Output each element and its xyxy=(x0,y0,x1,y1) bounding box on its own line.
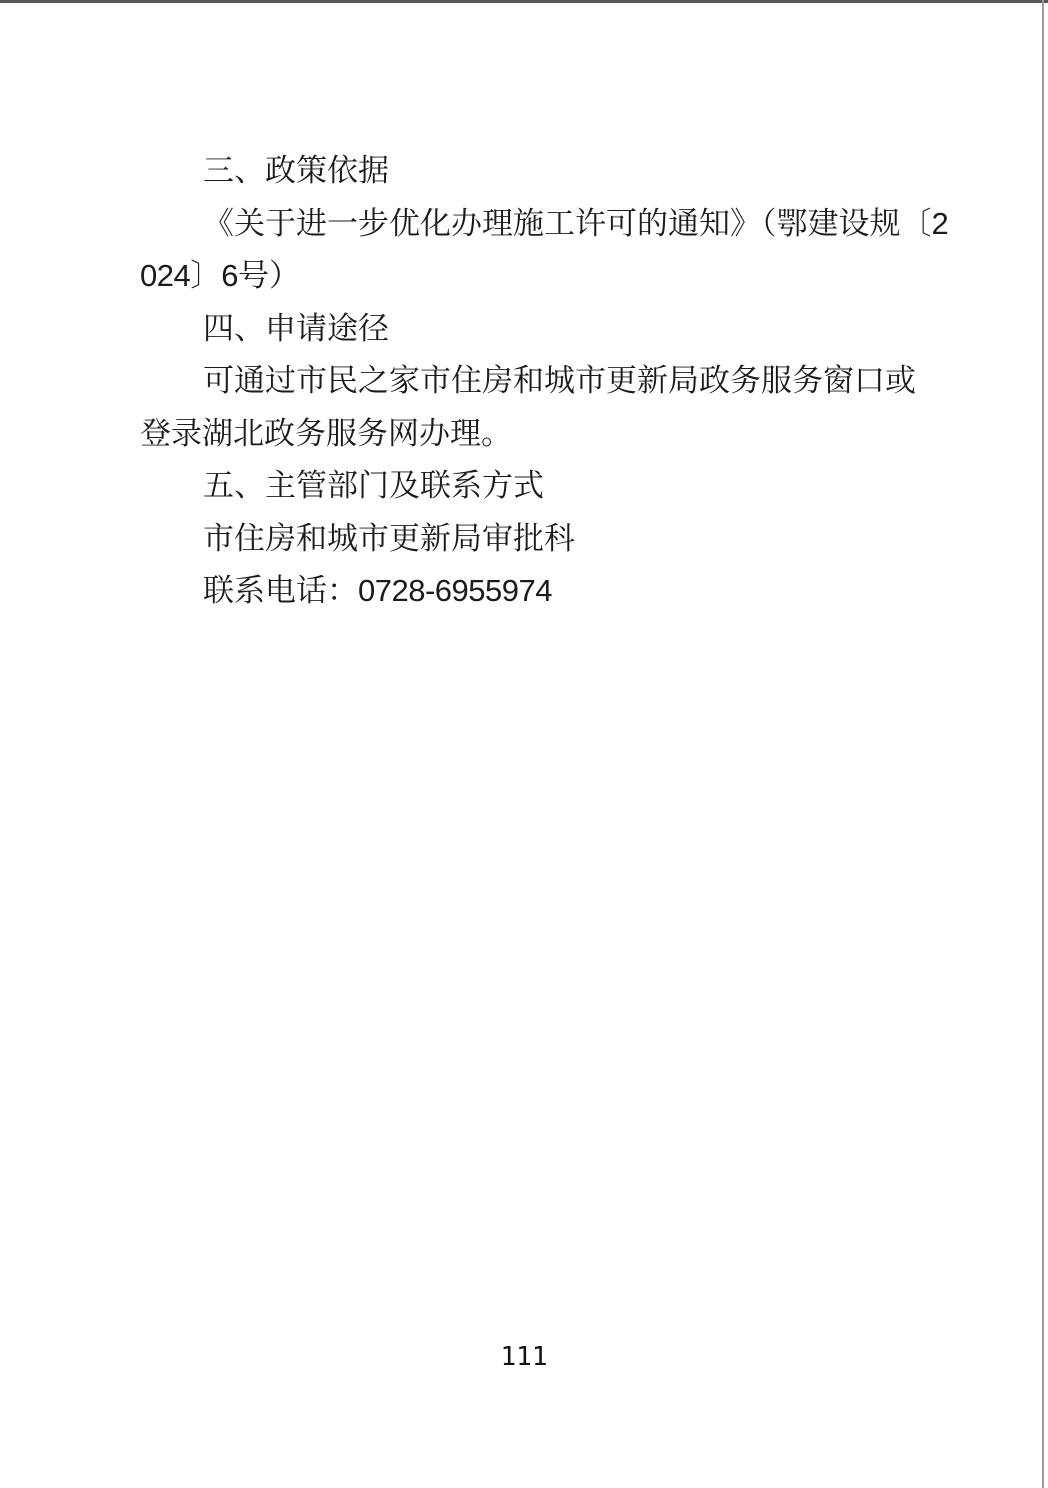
page-top-edge-line xyxy=(0,0,1048,3)
text-line: 三、政策依据 xyxy=(140,145,908,198)
text-line: 四、申请途径 xyxy=(140,303,908,356)
text-line: 联系电话：0728-6955974 xyxy=(140,565,908,618)
numeric-text: 0728-6955974 xyxy=(358,573,552,608)
text-line: 市住房和城市更新局审批科 xyxy=(140,513,908,566)
text-line: 《关于进一步优化办理施工许可的通知》（鄂建设规〔2 xyxy=(140,198,908,251)
document-body: 三、政策依据《关于进一步优化办理施工许可的通知》（鄂建设规〔2024〕6号）四、… xyxy=(140,145,908,618)
numeric-text: 6 xyxy=(221,258,238,293)
text-line: 五、主管部门及联系方式 xyxy=(140,460,908,513)
document-page: 三、政策依据《关于进一步优化办理施工许可的通知》（鄂建设规〔2024〕6号）四、… xyxy=(0,0,1048,1488)
numeric-text: 2 xyxy=(932,206,949,241)
numeric-text: 024 xyxy=(140,258,190,293)
text-line: 登录湖北政务服务网办理。 xyxy=(140,408,908,461)
text-line: 可通过市民之家市住房和城市更新局政务服务窗口或 xyxy=(140,355,908,408)
page-right-edge-line xyxy=(1042,0,1044,1488)
text-line: 024〕6号） xyxy=(140,250,908,303)
page-number: 111 xyxy=(0,1342,1048,1372)
